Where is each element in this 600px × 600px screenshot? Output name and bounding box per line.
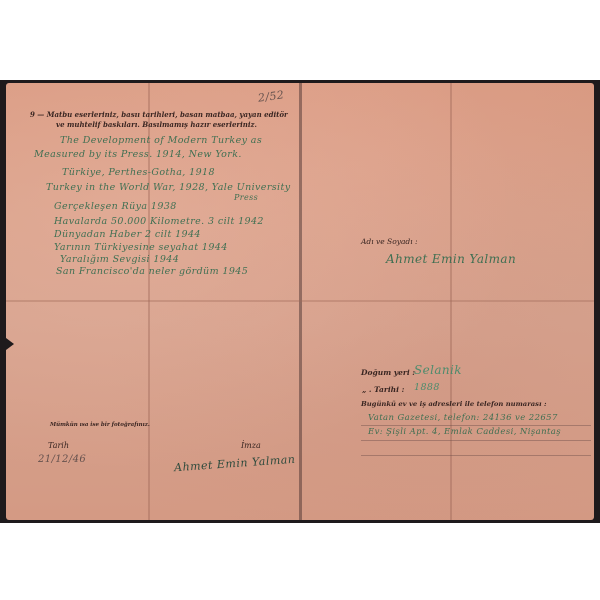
signature-label: İmza xyxy=(241,441,261,451)
section-9-heading-line1: 9 — Matbu eserleriniz, basıı tarihleri, … xyxy=(30,110,288,120)
work-entry: Yarının Türkiyesine seyahat 1944 xyxy=(54,242,228,254)
form-line xyxy=(361,440,591,441)
work-entry: Gerçekleşen Rüya 1938 xyxy=(54,201,177,213)
work-entry: Press xyxy=(234,192,258,204)
work-entry: Dünyadan Haber 2 cilt 1944 xyxy=(54,229,201,241)
signature: Ahmet Emin Yalman xyxy=(174,453,296,474)
document-frame: 2/52 9 — Matbu eserleriniz, basıı tarihl… xyxy=(0,80,600,523)
work-entry: Yaralığım Sevgisi 1944 xyxy=(60,254,179,266)
name-value: Ahmet Emin Yalman xyxy=(386,253,516,265)
address-line2: Ev: Şişli Apt. 4, Emlak Caddesi, Nişanta… xyxy=(368,426,561,438)
section-9-heading-line2: ve muhtelif baskıları. Basılmamış hazır … xyxy=(56,120,257,130)
address-line1: Vatan Gazetesi, telefon: 24136 ve 22657 xyxy=(368,412,558,424)
work-entry: Türkiye, Perthes-Gotha, 1918 xyxy=(62,167,215,179)
fold-line xyxy=(6,300,594,302)
work-entry: The Development of Modern Turkey as xyxy=(60,135,262,147)
page-number-note: 2/52 xyxy=(257,89,285,105)
date-label: Tarih xyxy=(48,441,69,451)
birthplace-label: Doğum yeri : xyxy=(361,368,415,378)
birthdate-label: „ . Tarihi : xyxy=(362,385,404,395)
work-entry: Havalarda 50.000 Kilometre. 3 cilt 1942 xyxy=(54,216,264,228)
photo-caption: Mümkün ısa ise bir fotoğrafınız. xyxy=(50,420,150,430)
work-entry: San Francisco'da neler gördüm 1945 xyxy=(56,266,248,278)
address-label: Bugünkü ev ve iş adresleri ile telefon n… xyxy=(361,399,546,409)
name-label: Adı ve Soyadı : xyxy=(361,237,418,247)
form-line xyxy=(361,455,591,456)
birthdate-value: 1888 xyxy=(414,382,440,394)
date-value: 21/12/46 xyxy=(38,454,86,466)
birthplace-value: Selanik xyxy=(414,364,462,376)
document-sheet: 2/52 9 — Matbu eserleriniz, basıı tarihl… xyxy=(6,83,594,520)
paper-tear xyxy=(6,338,14,350)
work-entry: Measured by its Press. 1914, New York. xyxy=(34,149,242,161)
